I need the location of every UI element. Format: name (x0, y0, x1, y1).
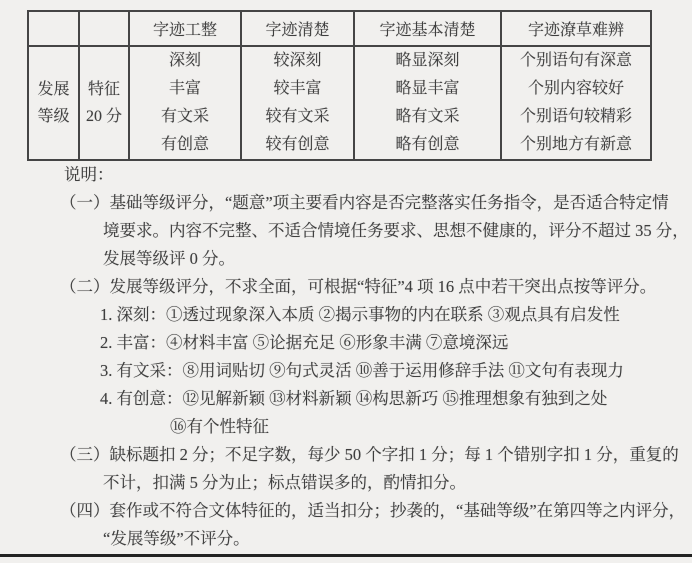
criteria-item: 较深刻 (242, 47, 353, 75)
criteria-item: 有文采 (130, 103, 240, 131)
note-line: 3. 有文采：⑧用词贴切 ⑨句式灵活 ⑩善于运用修辞手法 ⑪文句有表现力 (0, 357, 692, 385)
notes-heading: 说明： (64, 161, 114, 189)
note-line: （一）基础等级评分，“题意”项主要看内容是否完整落实任务指令，是否适合特定情 (0, 189, 692, 217)
criteria-item: 较有创意 (242, 131, 353, 159)
notes-section: （一）基础等级评分，“题意”项主要看内容是否完整落实任务指令，是否适合特定情 境… (0, 189, 692, 553)
criteria-item: 略有文采 (355, 103, 500, 131)
note-line: （三）缺标题扣 2 分；不足字数，每少 50 个字扣 1 分；每 1 个错别字扣… (0, 441, 692, 469)
criteria-cell-clear: 较深刻 较丰富 较有文采 较有创意 (241, 46, 354, 160)
rubric-table: 字迹工整 字迹清楚 字迹基本清楚 字迹潦草难辨 发展 等级 特征 20 分 深刻… (27, 10, 652, 161)
criteria-item: 个别语句有深意 (502, 47, 650, 75)
rubric-body-row: 发展 等级 特征 20 分 深刻 丰富 有文采 有创意 较深刻 较丰富 较有文采 (28, 46, 651, 160)
header-cell-illegible: 字迹潦草难辨 (501, 11, 651, 46)
criteria-item: 个别地方有新意 (502, 131, 650, 159)
criteria-cell-neat: 深刻 丰富 有文采 有创意 (129, 46, 241, 160)
row-sublabel-line: 特征 (80, 76, 128, 103)
note-line: 发展等级评 0 分。 (0, 245, 692, 273)
row-sublabel-line: 20 分 (80, 103, 128, 130)
note-line: “发展等级”不评分。 (0, 525, 692, 553)
criteria-item: 丰富 (130, 75, 240, 103)
criteria-item: 略有创意 (355, 131, 500, 159)
row-label-cell: 发展 等级 (28, 46, 79, 160)
page-bottom-rule (0, 554, 692, 557)
criteria-cell-illegible: 个别语句有深意 个别内容较好 个别语句较精彩 个别地方有新意 (501, 46, 651, 160)
row-label-line: 发展 (29, 76, 78, 103)
scanned-document-page: 字迹工整 字迹清楚 字迹基本清楚 字迹潦草难辨 发展 等级 特征 20 分 深刻… (0, 0, 692, 563)
criteria-item: 个别语句较精彩 (502, 103, 650, 131)
header-cell-neat: 字迹工整 (129, 11, 241, 46)
note-line: 境要求。内容不完整、不适合情境任务要求、思想不健康的，评分不超过 35 分， (0, 217, 692, 245)
header-cell-clear: 字迹清楚 (241, 11, 354, 46)
header-cell-mostly-clear: 字迹基本清楚 (354, 11, 501, 46)
criteria-item: 略显深刻 (355, 47, 500, 75)
note-line: ⑯有个性特征 (0, 413, 692, 441)
header-cell-empty-1 (28, 11, 79, 46)
criteria-cell-mostly-clear: 略显深刻 略显丰富 略有文采 略有创意 (354, 46, 501, 160)
note-line: 1. 深刻：①透过现象深入本质 ②揭示事物的内在联系 ③观点具有启发性 (0, 301, 692, 329)
criteria-item: 较丰富 (242, 75, 353, 103)
note-line: 2. 丰富：④材料丰富 ⑤论据充足 ⑥形象丰满 ⑦意境深远 (0, 329, 692, 357)
note-line: 不计，扣满 5 分为止；标点错误多的，酌情扣分。 (0, 469, 692, 497)
row-sublabel-cell: 特征 20 分 (79, 46, 129, 160)
note-line: （二）发展等级评分，不求全面，可根据“特征”4 项 16 点中若干突出点按等评分… (0, 273, 692, 301)
criteria-item: 深刻 (130, 47, 240, 75)
rubric-header-row: 字迹工整 字迹清楚 字迹基本清楚 字迹潦草难辨 (28, 11, 651, 46)
criteria-item: 有创意 (130, 131, 240, 159)
row-label-line: 等级 (29, 103, 78, 130)
header-cell-empty-2 (79, 11, 129, 46)
note-line: （四）套作或不符合文体特征的，适当扣分；抄袭的，“基础等级”在第四等之内评分， (0, 497, 692, 525)
criteria-item: 较有文采 (242, 103, 353, 131)
note-line: 4. 有创意：⑫见解新颖 ⑬材料新颖 ⑭构思新巧 ⑮推理想象有独到之处 (0, 385, 692, 413)
criteria-item: 个别内容较好 (502, 75, 650, 103)
criteria-item: 略显丰富 (355, 75, 500, 103)
